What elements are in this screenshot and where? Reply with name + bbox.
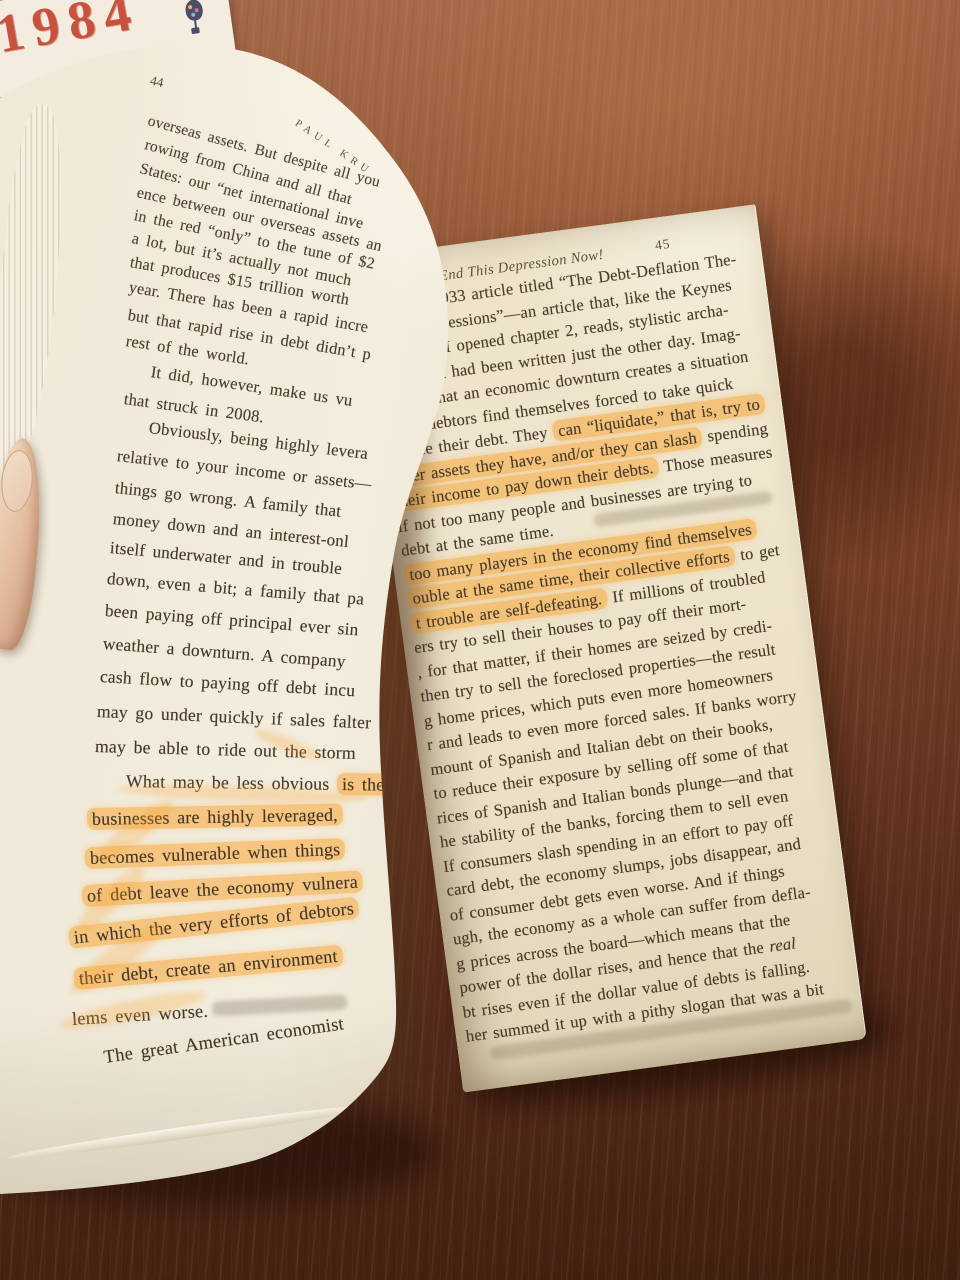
text-line: things go wrong. A family that [114,478,342,522]
text-segment: ence between our overseas assets an [135,184,383,255]
balloon-basket-icon [191,27,200,34]
highlighter-stroke [58,985,209,1036]
text-segment: becomes vulnerable when things [85,838,346,869]
text-segment: to get [733,540,780,565]
text-line: What may be less obvious is the [126,771,390,796]
highlighter-stroke [64,914,171,1001]
text-segment: may be able to ride out the storm [95,736,356,763]
text-line: rest of the world. [125,331,251,369]
show-through-text [212,994,348,1016]
hot-air-balloon-icon [184,0,204,22]
text-segment: lems even worse. [71,1001,208,1029]
text-line: itself underwater and in trouble [109,538,343,579]
text-segment: real [768,933,797,955]
text-line: It did, however, make us vu [150,362,354,411]
text-segment: What may be less obvious [126,771,337,794]
text-segment: a lot, but it’s actually not much [130,230,352,289]
highlighter-stroke [252,725,324,765]
text-line: becomes vulnerable when things [85,839,346,869]
text-segment: States: our “net international inve [138,160,365,232]
text-segment: of debt leave the economy vulnera [81,870,363,907]
text-segment: but that rapid rise in debt didn’t p [127,305,373,364]
text-segment: Obviously, being highly levera [148,418,369,463]
text-segment: year. There has been a rapid incre [128,278,370,336]
text-line: may be able to ride out the storm [95,736,356,764]
text-line: Obviously, being highly levera [148,418,369,464]
text-line: businesses are highly leveraged, [87,805,343,830]
text-segment: rest of the world. [125,331,251,368]
text-segment: cash flow to paying off debt incu [99,666,355,700]
text-segment: been paying off principal ever sin [104,601,359,639]
text-segment: in which the very efforts of debtors [68,897,360,949]
text-line: but that rapid rise in debt didn’t p [126,305,372,365]
text-line: in the red “only” to the tune of $2 [132,207,376,274]
photo-open-book-scene: 1984 EST MISSIONS OF ELL End This Depres… [0,0,960,1280]
text-line: relative to your income or assets— [116,446,373,494]
left-running-header: PAUL KRU [293,118,374,178]
text-line: overseas assets. But despite all you [146,112,383,192]
text-segment: businesses are highly leveraged, [87,804,343,830]
left-page-stack-edges [0,102,75,476]
text-segment: rowing from China and all that [143,136,354,208]
text-segment: may go under quickly if sales falter [97,701,372,732]
text-segment: their debt, create an environment [73,945,344,990]
text-segment: relative to your income or assets— [116,446,373,493]
right-page-number: 45 [654,236,671,254]
highlighter-stroke [116,782,368,806]
highlighter-stroke [91,793,179,869]
text-line: that produces $15 trillion worth [128,254,350,310]
text-line: The great American economist [103,1014,346,1068]
text-segment: that produces $15 trillion worth [129,254,351,309]
text-line: their debt, create an environment [73,946,344,990]
text-line: money down and an interest-onl [112,509,350,552]
text-line: been paying off principal ever sin [104,601,359,640]
text-line: cash flow to paying off debt incu [99,666,355,701]
text-line: that struck in 2008. [123,389,266,427]
text-line: weather a downturn. A company [102,633,346,672]
text-segment: things go wrong. A family that [114,478,342,521]
text-segment: in the red “only” to the tune of $2 [132,207,376,273]
text-segment: The great American economist [103,1014,346,1068]
text-line: may go under quickly if sales falter [97,701,372,733]
text-segment: itself underwater and in trouble [109,538,343,578]
text-segment: down, even a bit; a family that pa [106,569,365,609]
text-line: year. There has been a rapid incre [127,278,369,337]
highlighter-stroke [71,860,151,938]
text-line: a lot, but it’s actually not much [130,230,353,290]
text-line: lems even worse. [71,1001,208,1030]
text-line: of debt leave the economy vulnera [81,871,363,907]
text-line: down, even a bit; a family that pa [106,569,365,610]
text-line: ence between our overseas assets an [135,184,383,256]
text-line: in which the very efforts of debtors [68,898,360,949]
text-segment: It did, however, make us vu [150,362,354,410]
text-segment: overseas assets. But despite all you [146,112,382,191]
text-line: States: our “net international inve [138,160,365,233]
text-segment: money down and an interest-onl [112,509,350,551]
left-page-number: 44 [148,73,165,91]
text-segment: weather a downturn. A company [102,633,346,671]
text-segment: that struck in 2008. [123,389,265,426]
text-line: rowing from China and all that [143,136,354,209]
